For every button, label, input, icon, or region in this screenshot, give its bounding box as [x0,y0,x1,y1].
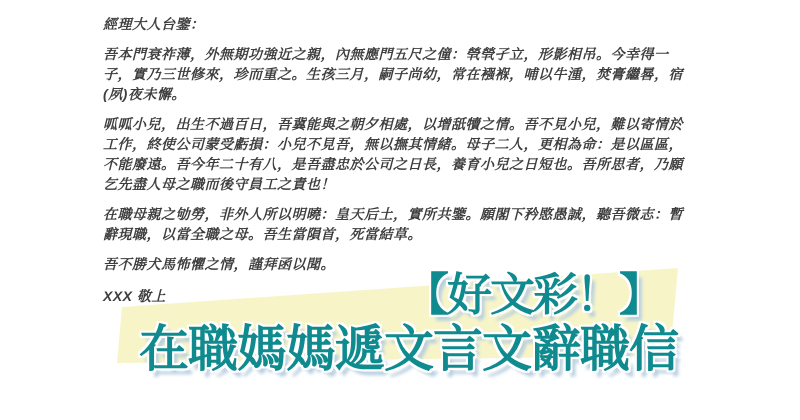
letter-salutation: 經理大人台鑒： [103,14,753,34]
letter-paragraph: 在職母親之劬勞，非外人所以明曉：皇天后土，實所共鑒。願閣下矜愍愚誠，聽吾微志：暫… [103,204,753,244]
letter-paragraph: 吾本門衰祚薄，外無期功強近之親，內無應門五尺之僮：煢煢孑立，形影相吊。今幸得一 … [103,44,753,104]
headline-line-2: 在職媽媽遞文言文辭職信 [139,324,678,374]
headline-line-1: 【好文彩！】 [404,272,662,317]
resignation-letter: 經理大人台鑒： 吾本門衰祚薄，外無期功強近之親，內無應門五尺之僮：煢煢孑立，形影… [103,14,753,306]
letter-paragraph: 呱呱小兒，出生不過百日，吾冀能與之朝夕相處，以增舐犢之情。吾不見小兒，難以寄情於… [103,114,753,194]
stage: 經理大人台鑒： 吾本門衰祚薄，外無期功強近之親，內無應門五尺之僮：煢煢孑立，形影… [0,0,800,420]
